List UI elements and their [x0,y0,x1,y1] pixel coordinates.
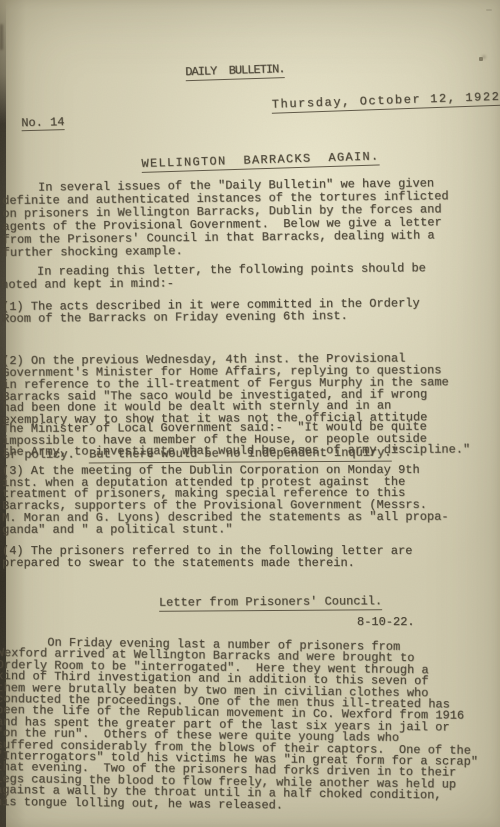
point-3: (3) At the meeting of the Dublin Corpora… [2,465,449,536]
masthead-title: DAILY BULLETIN. [160,52,285,91]
point-1: (1) The acts described in it were commit… [2,297,420,325]
letter-body: On Friday evening last a number of priso… [0,637,479,814]
paragraph-intro: In several issues of the "Daily Bulletin… [2,177,449,260]
letter-heading: Letter from Prisoners' Council. [130,584,382,621]
point-2-lines: (2) On the previous Wednesday, 4th inst.… [2,354,449,427]
document-page: DAILY BULLETIN. Thursday, October 12, 19… [0,0,500,827]
paper-speck [486,9,492,11]
letter-heading-text: Letter from Prisoners' Council. [159,594,382,612]
headline-text: WELLINGTON BARRACKS AGAIN. [141,149,379,173]
paragraph-minister-local: The Minister of Local Government said:- … [2,422,470,459]
point-4: (4) The prisoners referred to in the fol… [2,546,412,569]
ink-smudge [0,24,3,50]
letter-date: 8-10-22. [357,617,415,629]
point-2: (2) On the previous Wednesday, 4th inst.… [2,330,449,485]
paper-speck [479,57,483,61]
issue-number-text: No. 14 [21,115,65,132]
paragraph-reading-note: In reading this letter, the following po… [1,262,426,292]
masthead-date-text: Thursday, October 12, 1922. [272,89,500,114]
issue-number: No. 14 [0,105,65,142]
masthead-title-text: DAILY BULLETIN. [185,62,285,82]
